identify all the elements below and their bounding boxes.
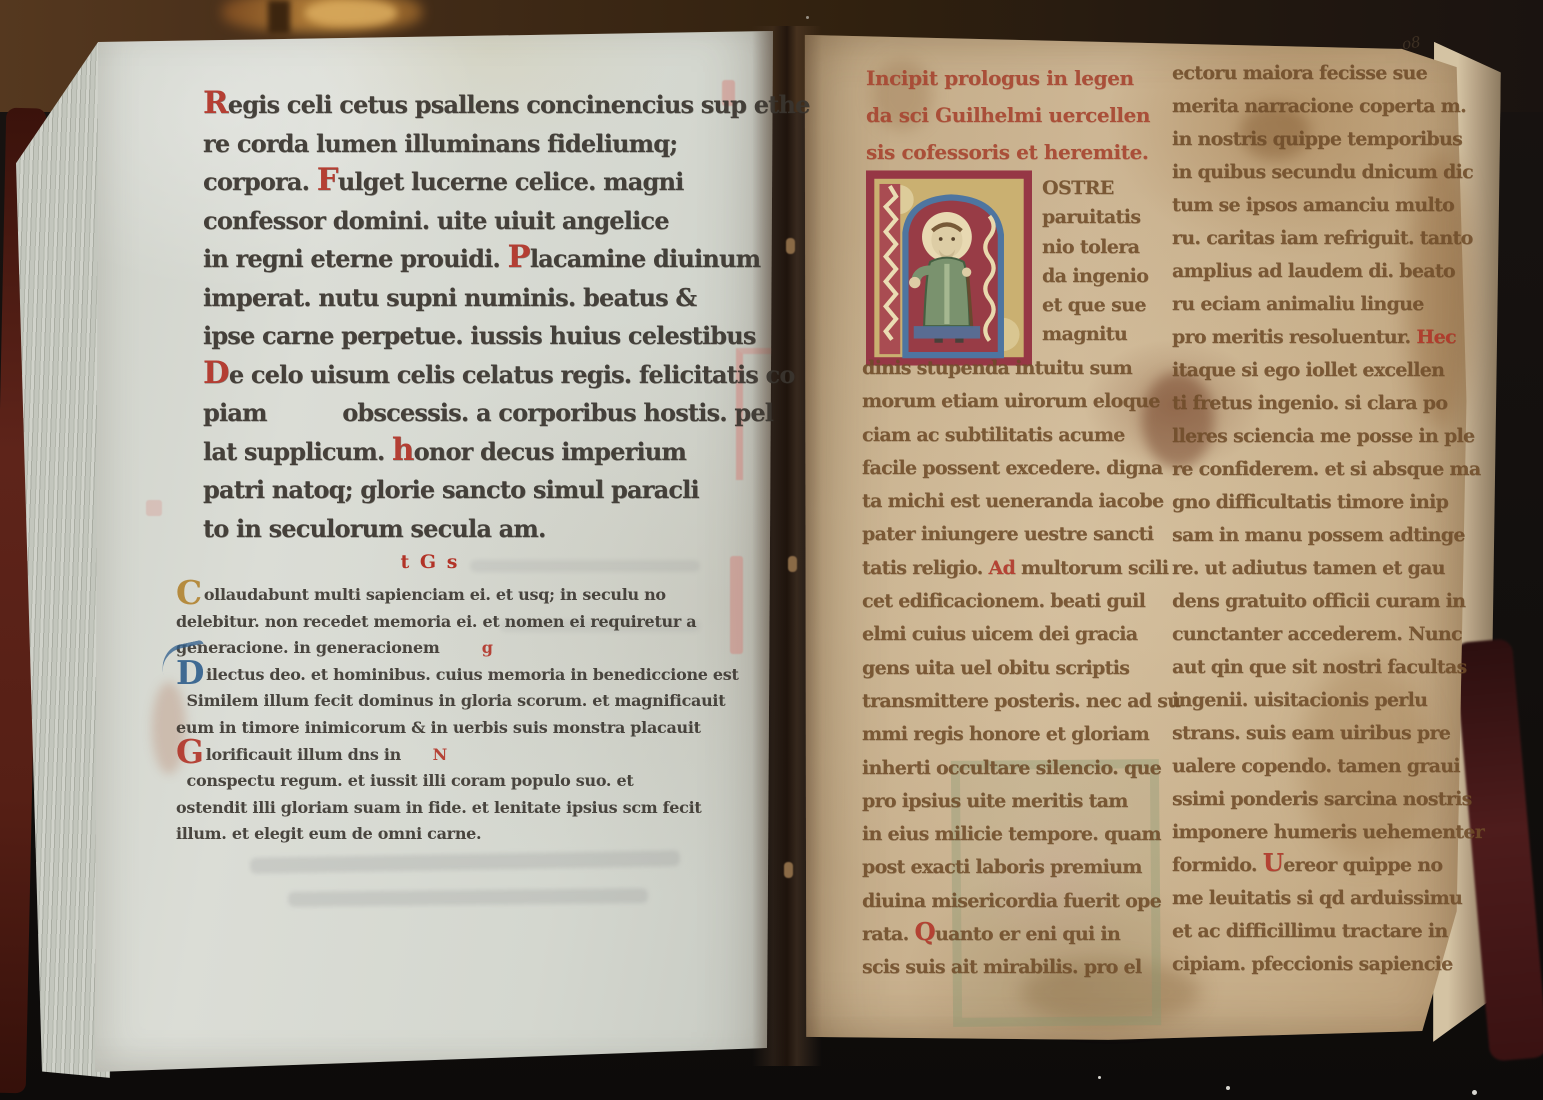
text-line: itaque si ego iollet excellen — [1172, 354, 1472, 387]
text-line: inherti occultare silencio. que — [862, 752, 1167, 785]
text-line: re. ut adiutus tamen et gau — [1172, 552, 1472, 585]
text-line: gno difficultatis timore inip — [1172, 486, 1472, 519]
manuscript-photo-scene: Regis celi cetus psallens concinencius s… — [0, 0, 1543, 1100]
dust-speck — [1226, 1086, 1230, 1090]
text-line: delebitur. non recedet memoria ei. et no… — [176, 609, 756, 636]
text-line: da sci Guilhelmi uercellen — [866, 97, 1166, 134]
text-line: sam in manu possem adtinge — [1172, 519, 1472, 552]
text-line: cipiam. pfeccionis sapiencie — [1172, 948, 1472, 981]
text-line: to in seculorum secula am. — [203, 510, 763, 549]
text-line: Incipit prologus in legen — [866, 60, 1166, 97]
text-line: OSTRE — [1042, 174, 1172, 203]
text-line: ciam ac subtilitatis acume — [862, 419, 1167, 452]
text-line: piam obscessis. a corporibus hostis. pel — [203, 394, 763, 433]
text-line: lat supplicum. honor decus imperium — [203, 433, 763, 472]
rubric-incipit: Incipit prologus in legenda sci Guilhelm… — [866, 60, 1166, 171]
text-line: cet edificacionem. beati guil — [862, 585, 1167, 618]
illuminated-initial-N: N — [866, 170, 1032, 366]
text-line: magnitu — [1042, 320, 1172, 349]
text-line: illum. et elegit eum de omni carne. — [176, 821, 756, 848]
text-line: De celo uisum celis celatus regis. felic… — [203, 356, 763, 395]
text-line: dens gratuito officii curam in — [1172, 585, 1472, 618]
text-line: Glorificauit illum dns in N — [176, 742, 756, 769]
text-line: Dilectus deo. et hominibus. cuius memori… — [176, 662, 756, 689]
left-main-text-block: Regis celi cetus psallens concinencius s… — [203, 86, 763, 548]
text-line: amplius ad laudem di. beato — [1172, 255, 1472, 288]
text-line: da ingenio — [1042, 262, 1172, 291]
text-line: diuina misericordia fuerit ope — [862, 885, 1167, 918]
text-line: ru. caritas iam refriguit. tanto — [1172, 222, 1472, 255]
text-line: Regis celi cetus psallens concinencius s… — [203, 86, 763, 125]
text-line: Similem illum fecit dominus in gloria sc… — [176, 688, 756, 715]
text-line: in regni eterne prouidi. Placamine diuin… — [203, 240, 763, 279]
text-line: ostendit illi gloriam suam in fide. et l… — [176, 795, 756, 822]
text-line: ta michi est ueneranda iacobe — [862, 485, 1167, 518]
text-line: ectoru maiora fecisse sue — [1172, 57, 1472, 90]
text-line: tum se ipsos amanciu multo — [1172, 189, 1472, 222]
text-line: in quibus secundu dnicum dic — [1172, 156, 1472, 189]
text-line: ti fretus ingenio. si clara po — [1172, 387, 1472, 420]
monk-miniature — [866, 170, 1032, 366]
text-line: et ac difficillimu tractare in — [1172, 915, 1472, 948]
text-line: imponere humeris uehementer — [1172, 816, 1472, 849]
section-mark: t G s — [300, 551, 560, 573]
text-line: post exacti laboris premium — [862, 851, 1167, 884]
text-line: eum in timore inimicorum & in uerbis sui… — [176, 715, 756, 742]
folio-mark: o8 — [1401, 33, 1422, 53]
blurred-background-highlight — [305, 0, 397, 26]
text-line: ssimi ponderis sarcina nostris — [1172, 783, 1472, 816]
text-line: ualere copendo. tamen graui — [1172, 750, 1472, 783]
text-line: scis suis ait mirabilis. pro el — [862, 951, 1167, 984]
text-line: pater iniungere uestre sancti — [862, 518, 1167, 551]
text-line: facile possent excedere. digna — [862, 452, 1167, 485]
text-line: ru eciam animaliu lingue — [1172, 288, 1472, 321]
dust-speck — [806, 16, 809, 19]
text-line: nio tolera — [1042, 233, 1172, 262]
blurred-background-shadow — [268, 0, 290, 34]
text-line: formido. Uereor quippe no — [1172, 849, 1472, 882]
col1-beside-initial-text: OSTREparuitatisnio tolerada ingenioet qu… — [1042, 174, 1172, 350]
text-line: pro ipsius uite meritis tam — [862, 785, 1167, 818]
text-line: me leuitatis si qd arduissimu — [1172, 882, 1472, 915]
binding-thread — [788, 556, 797, 572]
text-line: mmi regis honore et gloriam — [862, 718, 1167, 751]
text-line: confessor domini. uite uiuit angelice — [203, 202, 763, 241]
text-line: merita narracione coperta m. — [1172, 90, 1472, 123]
text-line: generacione. in generacionem g — [176, 635, 756, 662]
dust-speck — [1098, 1076, 1101, 1079]
text-line: aut qin que sit nostri facultas — [1172, 651, 1472, 684]
text-line: in nostris quippe temporibus — [1172, 123, 1472, 156]
text-line: tatis religio. Ad multorum scili — [862, 552, 1167, 585]
dust-speck — [1472, 1090, 1477, 1095]
text-line: sis cofessoris et heremite. — [866, 134, 1166, 171]
text-line: in eius milicie tempore. quam — [862, 818, 1167, 851]
show-through-red-mark — [146, 500, 162, 516]
binding-thread — [784, 862, 793, 878]
text-line: ipse carne perpetue. iussis huius celest… — [203, 317, 763, 356]
text-line: patri natoq; glorie sancto simul paracli — [203, 471, 763, 510]
text-line: imperat. nutu supni numinis. beatus & — [203, 279, 763, 318]
text-line: lleres sciencia me posse in ple — [1172, 420, 1472, 453]
text-line: ingenii. uisitacionis perlu — [1172, 684, 1472, 717]
text-line: pro meritis resoluentur. Hec — [1172, 321, 1472, 354]
text-line: re confiderem. et si absque ma — [1172, 453, 1472, 486]
left-small-text-block: Collaudabunt multi sapienciam ei. et usq… — [176, 582, 756, 848]
text-line: transmittere posteris. nec ad su — [862, 685, 1167, 718]
text-line: gens uita uel obitu scriptis — [862, 652, 1167, 685]
text-line: cunctanter accederem. Nunc — [1172, 618, 1472, 651]
text-line: conspectu regum. et iussit illi coram po… — [176, 768, 756, 795]
binding-thread — [786, 238, 795, 254]
text-line: elmi cuius uicem dei gracia — [862, 618, 1167, 651]
text-line: et que sue — [1042, 291, 1172, 320]
text-line: paruitatis — [1042, 203, 1172, 232]
text-line: rata. Quanto er eni qui in — [862, 918, 1167, 951]
text-line: strans. suis eam uiribus pre — [1172, 717, 1472, 750]
text-line: re corda lumen illuminans fideliumq; — [203, 125, 763, 164]
text-line: corpora. Fulget lucerne celice. magni — [203, 163, 763, 202]
text-line: dinis stupenda intuitu sum — [862, 352, 1167, 385]
col2-text-block: ectoru maiora fecisse suemerita narracio… — [1172, 57, 1472, 981]
col1-text-block: dinis stupenda intuitu summorum etiam ui… — [862, 352, 1167, 985]
text-line: morum etiam uirorum eloque — [862, 385, 1167, 418]
text-line: Collaudabunt multi sapienciam ei. et usq… — [176, 582, 756, 609]
